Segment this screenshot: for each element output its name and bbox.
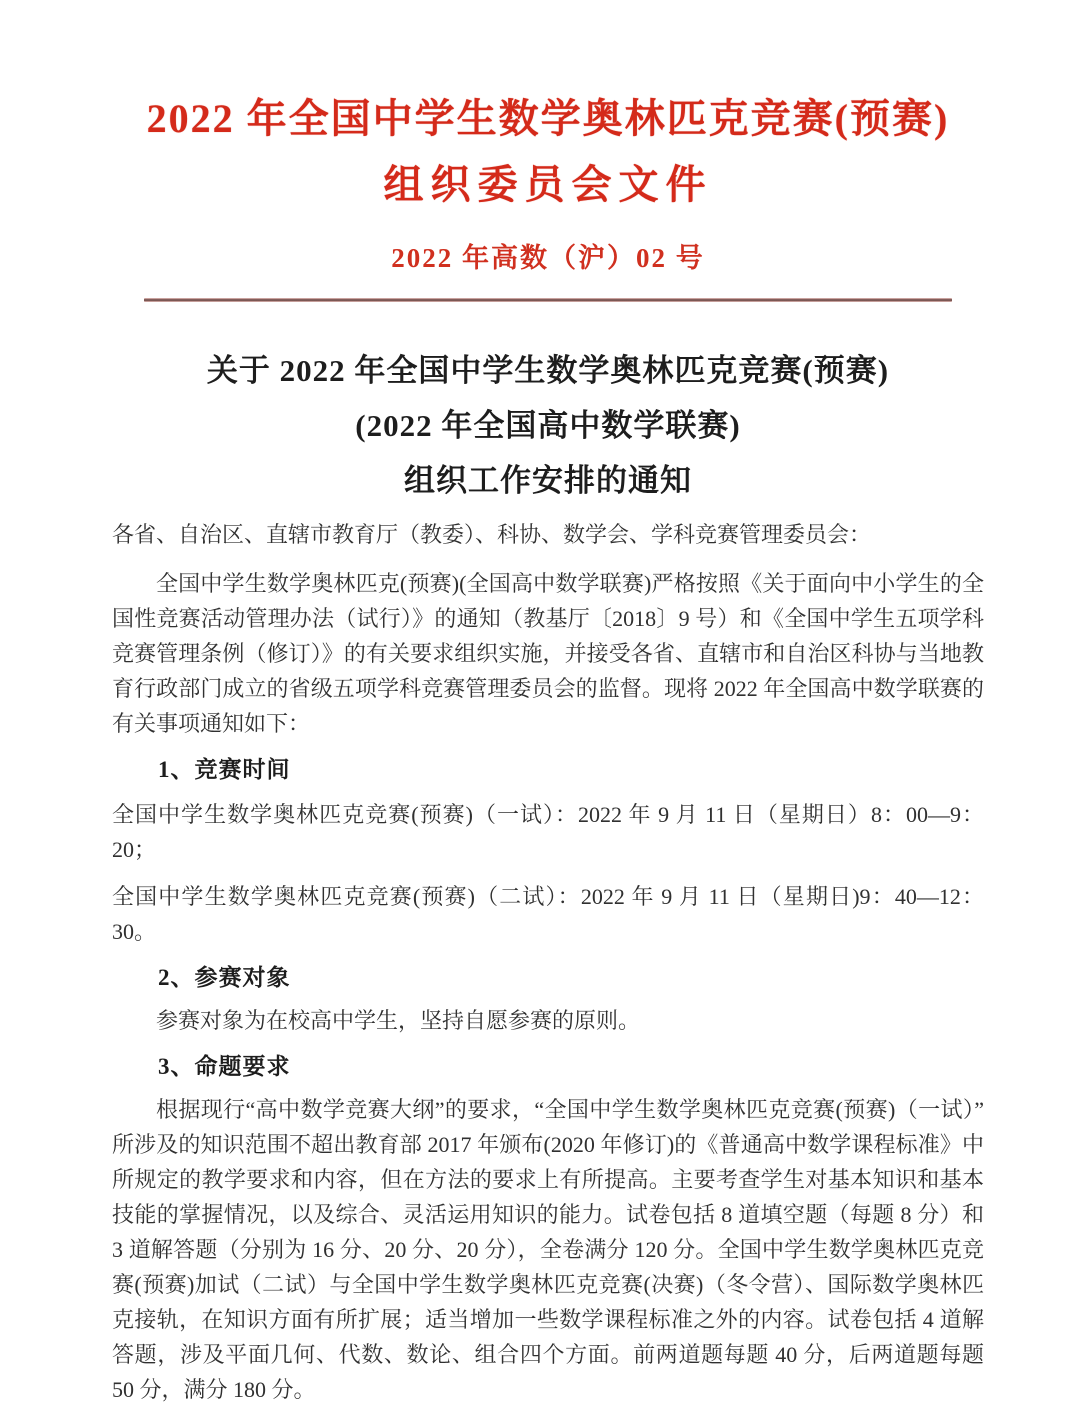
- section-heading-competition-time: 1、竞赛时间: [112, 755, 984, 785]
- document-number: 2022 年高数（沪）02 号: [112, 242, 984, 274]
- notice-title-line1: 关于 2022 年全国中学生数学奥林匹克竞赛(预赛): [112, 352, 984, 390]
- participants-paragraph: 参赛对象为在校高中学生，坚持自愿参赛的原则。: [112, 1003, 984, 1038]
- section-heading-exam-requirements: 3、命题要求: [112, 1052, 984, 1082]
- notice-content: 关于 2022 年全国中学生数学奥林匹克竞赛(预赛) (2022 年全国高中数学…: [112, 352, 984, 1407]
- notice-title-line3: 组织工作安排的通知: [112, 462, 984, 500]
- schedule-line-first-round: 全国中学生数学奥林匹克竞赛(预赛)（一试）：2022 年 9 月 11 日（星期…: [112, 797, 984, 867]
- letterhead-title-line2: 组织委员会文件: [112, 162, 984, 208]
- document-page: 2022 年全国中学生数学奥林匹克竞赛(预赛) 组织委员会文件 2022 年高数…: [0, 0, 1076, 1417]
- salutation-line: 各省、自治区、直辖市教育厅（教委）、科协、数学会、学科竞赛管理委员会：: [112, 520, 984, 550]
- notice-title-line2: (2022 年全国高中数学联赛): [112, 407, 984, 445]
- exam-requirements-paragraph: 根据现行“高中数学竞赛大纲”的要求，“全国中学生数学奥林匹克竞赛(预赛)（一试）…: [112, 1092, 984, 1407]
- letterhead-divider-rule: [144, 298, 952, 302]
- schedule-line-second-round: 全国中学生数学奥林匹克竞赛(预赛)（二试）：2022 年 9 月 11 日（星期…: [112, 879, 984, 949]
- letterhead: 2022 年全国中学生数学奥林匹克竞赛(预赛) 组织委员会文件 2022 年高数…: [112, 96, 984, 302]
- intro-paragraph: 全国中学生数学奥林匹克(预赛)(全国高中数学联赛)严格按照《关于面向中小学生的全…: [112, 566, 984, 741]
- section-competition-time: 1、竞赛时间 全国中学生数学奥林匹克竞赛(预赛)（一试）：2022 年 9 月 …: [112, 755, 984, 949]
- section-participants: 2、参赛对象 参赛对象为在校高中学生，坚持自愿参赛的原则。: [112, 963, 984, 1038]
- section-exam-requirements: 3、命题要求 根据现行“高中数学竞赛大纲”的要求，“全国中学生数学奥林匹克竞赛(…: [112, 1052, 984, 1407]
- letterhead-title-line1: 2022 年全国中学生数学奥林匹克竞赛(预赛): [112, 96, 984, 142]
- section-heading-participants: 2、参赛对象: [112, 963, 984, 993]
